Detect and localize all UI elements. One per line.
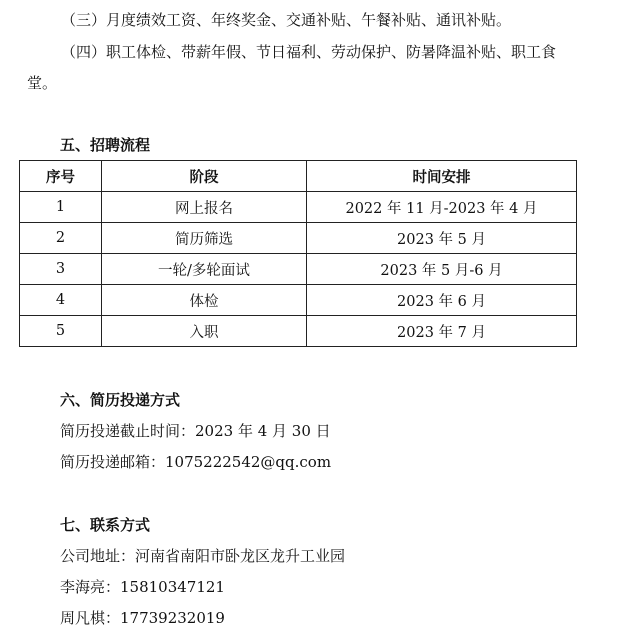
resume-heading: 六、简历投递方式 bbox=[60, 390, 180, 410]
table-row: 2 简历筛选 2023 年 5 月 bbox=[20, 223, 577, 254]
recruitment-table: 序号 阶段 时间安排 1 网上报名 2022 年 11 月-2023 年 4 月… bbox=[19, 160, 577, 347]
column-header-time: 时间安排 bbox=[307, 161, 577, 192]
column-header-no: 序号 bbox=[20, 161, 102, 192]
contact-address: 公司地址：河南省南阳市卧龙区龙升工业园 bbox=[60, 546, 345, 566]
cell-time: 2023 年 7 月 bbox=[307, 316, 577, 347]
table-row: 1 网上报名 2022 年 11 月-2023 年 4 月 bbox=[20, 192, 577, 223]
cell-time: 2023 年 5 月-6 月 bbox=[307, 254, 577, 285]
benefit-item-4-line1: （四）职工体检、带薪年假、节日福利、劳动保护、防暑降温补贴、职工食 bbox=[61, 42, 556, 62]
benefit-item-4-line2: 堂。 bbox=[27, 73, 57, 93]
cell-stage: 入职 bbox=[102, 316, 307, 347]
cell-no: 2 bbox=[20, 223, 102, 254]
cell-stage: 一轮/多轮面试 bbox=[102, 254, 307, 285]
cell-time: 2023 年 6 月 bbox=[307, 285, 577, 316]
cell-time: 2023 年 5 月 bbox=[307, 223, 577, 254]
cell-no: 1 bbox=[20, 192, 102, 223]
benefit-item-3: （三）月度绩效工资、年终奖金、交通补贴、午餐补贴、通讯补贴。 bbox=[61, 10, 511, 30]
resume-deadline: 简历投递截止时间：2023 年 4 月 30 日 bbox=[60, 421, 331, 441]
cell-stage: 简历筛选 bbox=[102, 223, 307, 254]
cell-no: 4 bbox=[20, 285, 102, 316]
cell-stage: 网上报名 bbox=[102, 192, 307, 223]
table-row: 4 体检 2023 年 6 月 bbox=[20, 285, 577, 316]
cell-stage: 体检 bbox=[102, 285, 307, 316]
table-row: 3 一轮/多轮面试 2023 年 5 月-6 月 bbox=[20, 254, 577, 285]
table-header-row: 序号 阶段 时间安排 bbox=[20, 161, 577, 192]
contact-person-2: 周凡棋：17739232019 bbox=[60, 608, 225, 628]
contact-heading: 七、联系方式 bbox=[60, 515, 150, 535]
table-row: 5 入职 2023 年 7 月 bbox=[20, 316, 577, 347]
column-header-stage: 阶段 bbox=[102, 161, 307, 192]
cell-no: 3 bbox=[20, 254, 102, 285]
contact-person-1: 李海亮：15810347121 bbox=[60, 577, 225, 597]
resume-email[interactable]: 简历投递邮箱：1075222542@qq.com bbox=[60, 452, 331, 472]
cell-time: 2022 年 11 月-2023 年 4 月 bbox=[307, 192, 577, 223]
recruitment-heading: 五、招聘流程 bbox=[60, 135, 150, 155]
cell-no: 5 bbox=[20, 316, 102, 347]
